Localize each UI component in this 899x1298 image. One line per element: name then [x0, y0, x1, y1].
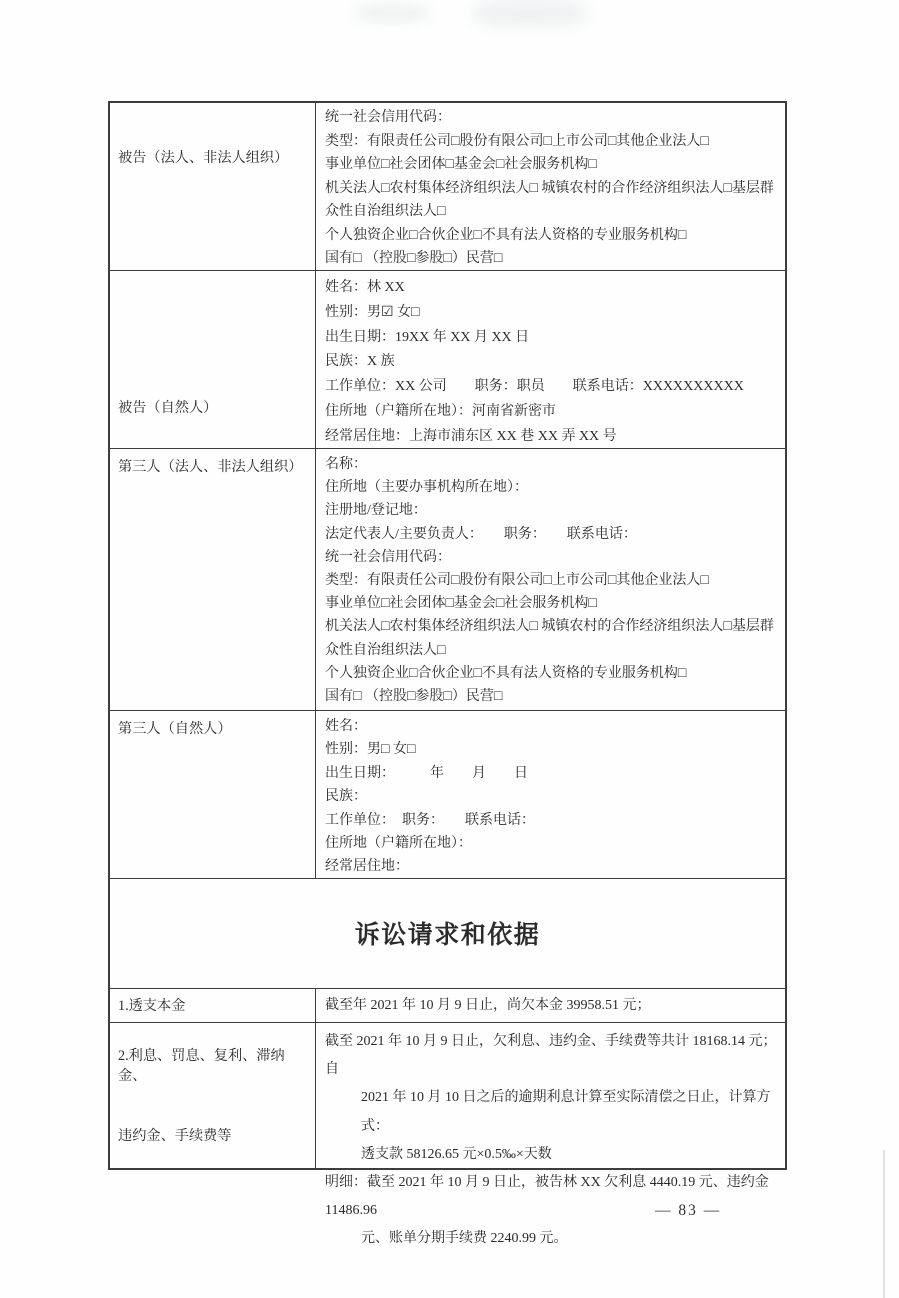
form-text-line: 出生日期：19XX 年 XX 月 XX 日 [325, 326, 781, 351]
form-text-line: 众性自治组织法人□ [325, 639, 781, 662]
row-content-cell: 姓名：林 XX性别：男☑ 女□出生日期：19XX 年 XX 月 XX 日民族：X… [316, 271, 785, 448]
row-content-cell: 名称：住所地（主要办事机构所在地）：注册地/登记地：法定代表人/主要负责人： 职… [316, 449, 785, 710]
form-text-line: 机关法人□农村集体经济组织法人□ 城镇农村的合作经济组织法人□基层群 [325, 615, 781, 638]
form-text-line: 事业单位□社会团体□基金会□社会服务机构□ [325, 592, 781, 615]
row-content-cell: 截至 2021 年 10 月 9 日止，欠利息、违约金、手续费等共计 18168… [316, 1023, 785, 1168]
form-text-line: 国有□ （控股□参股□）民营□ [325, 685, 781, 708]
form-text-line: 工作单位：XX 公司 职务：职员 联系电话：XXXXXXXXXX [325, 375, 781, 400]
row-content-cell: 统一社会信用代码：类型：有限责任公司□股份有限公司□上市公司□其他企业法人□事业… [316, 103, 785, 270]
form-text-line: 姓名：林 XX [325, 276, 781, 301]
form-text-line: 名称： [325, 453, 781, 476]
scan-artifact [355, 3, 430, 23]
page-edge-shadow [883, 1150, 885, 1298]
row-label: 被告（法人、非法人组织） [118, 147, 310, 167]
row-label-cell: 第三人（自然人） [110, 711, 316, 878]
form-text-line: 透支款 58126.65 元×0.5‰×天数 [325, 1141, 781, 1169]
row-label-cell: 2.利息、罚息、复利、滞纳金、违约金、手续费等 [110, 1023, 316, 1168]
page-number: — 83 — [655, 1202, 721, 1220]
table-row-interest-fees: 2.利息、罚息、复利、滞纳金、违约金、手续费等 截至 2021 年 10 月 9… [110, 1023, 785, 1168]
table-row-thirdparty-person: 第三人（自然人） 姓名：性别：男□ 女□出生日期： 年 月 日民族：工作单位： … [110, 711, 785, 879]
row-label-cell: 被告（法人、非法人组织） [110, 103, 316, 270]
row-content-cell: 姓名：性别：男□ 女□出生日期： 年 月 日民族：工作单位： 职务： 联系电话：… [316, 711, 785, 878]
table-row-principal: 1.透支本金 截至年 2021 年 10 月 9 日止，尚欠本金 39958.5… [110, 989, 785, 1023]
form-text-line: 民族： [325, 785, 781, 808]
form-text-line: 国有□ （控股□参股□）民营□ [325, 247, 781, 271]
form-text-line: 法定代表人/主要负责人： 职务： 联系电话： [325, 523, 781, 546]
form-text-line: 个人独资企业□合伙企业□不具有法人资格的专业服务机构□ [325, 662, 781, 685]
form-text-line: 2.利息、罚息、复利、滞纳金、 [118, 1045, 310, 1085]
form-text-line: 截至年 2021 年 10 月 9 日止，尚欠本金 39958.51 元； [325, 996, 781, 1016]
row-content-cell: 截至年 2021 年 10 月 9 日止，尚欠本金 39958.51 元； [316, 989, 785, 1022]
row-label-cell: 被告（自然人） [110, 271, 316, 448]
table-row-section-header: 诉讼请求和依据 [110, 879, 785, 989]
form-text-line: 注册地/登记地： [325, 499, 781, 522]
case-form-table: 被告（法人、非法人组织） 统一社会信用代码：类型：有限责任公司□股份有限公司□上… [108, 101, 787, 1170]
form-text-line: 住所地（主要办事机构所在地）： [325, 476, 781, 499]
form-text-line: 类型：有限责任公司□股份有限公司□上市公司□其他企业法人□ [325, 569, 781, 592]
form-text-line: 统一社会信用代码： [325, 546, 781, 569]
table-row-defendant-person: 被告（自然人） 姓名：林 XX性别：男☑ 女□出生日期：19XX 年 XX 月 … [110, 271, 785, 449]
form-text-line: 个人独资企业□合伙企业□不具有法人资格的专业服务机构□ [325, 224, 781, 248]
form-text-line: 事业单位□社会团体□基金会□社会服务机构□ [325, 153, 781, 177]
form-text-line: 统一社会信用代码： [325, 106, 781, 130]
form-text-line: 类型：有限责任公司□股份有限公司□上市公司□其他企业法人□ [325, 130, 781, 154]
form-text-line: 性别：男☑ 女□ [325, 301, 781, 326]
form-text-line: 性别：男□ 女□ [325, 738, 781, 761]
table-row-thirdparty-org: 第三人（法人、非法人组织） 名称：住所地（主要办事机构所在地）：注册地/登记地：… [110, 449, 785, 711]
table-row-defendant-org: 被告（法人、非法人组织） 统一社会信用代码：类型：有限责任公司□股份有限公司□上… [110, 103, 785, 271]
form-text-line: 经常居住地： [325, 855, 781, 878]
form-text-line: 众性自治组织法人□ [325, 200, 781, 224]
row-label: 第三人（自然人） [118, 718, 310, 738]
document-page: 被告（法人、非法人组织） 统一社会信用代码：类型：有限责任公司□股份有限公司□上… [0, 0, 899, 1298]
scan-artifact [472, 0, 587, 27]
form-text-line: 姓名： [325, 715, 781, 738]
form-text-line: 民族：X 族 [325, 350, 781, 375]
form-text-line: 2021 年 10 月 10 日之后的逾期利息计算至实际清偿之日止，计算方式： [325, 1084, 781, 1140]
form-text-line: 违约金、手续费等 [118, 1125, 310, 1145]
form-text-line: 住所地（户籍所在地）：河南省新密市 [325, 400, 781, 425]
form-text-line: 住所地（户籍所在地）： [325, 832, 781, 855]
row-label: 第三人（法人、非法人组织） [118, 456, 310, 476]
form-text-line: 工作单位： 职务： 联系电话： [325, 809, 781, 832]
form-text-line: 元、账单分期手续费 2240.99 元。 [325, 1225, 781, 1253]
row-label-cell: 1.透支本金 [110, 989, 316, 1022]
form-text-line: 机关法人□农村集体经济组织法人□ 城镇农村的合作经济组织法人□基层群 [325, 177, 781, 201]
form-text-line: 经常居住地：上海市浦东区 XX 巷 XX 弄 XX 号 [325, 425, 781, 450]
row-label: 被告（自然人） [118, 397, 310, 417]
row-label: 1.透支本金 [118, 996, 310, 1016]
section-title: 诉讼请求和依据 [110, 879, 785, 951]
form-text-line: 截至 2021 年 10 月 9 日止，欠利息、违约金、手续费等共计 18168… [325, 1028, 781, 1084]
form-text-line: 出生日期： 年 月 日 [325, 762, 781, 785]
row-label-cell: 第三人（法人、非法人组织） [110, 449, 316, 710]
